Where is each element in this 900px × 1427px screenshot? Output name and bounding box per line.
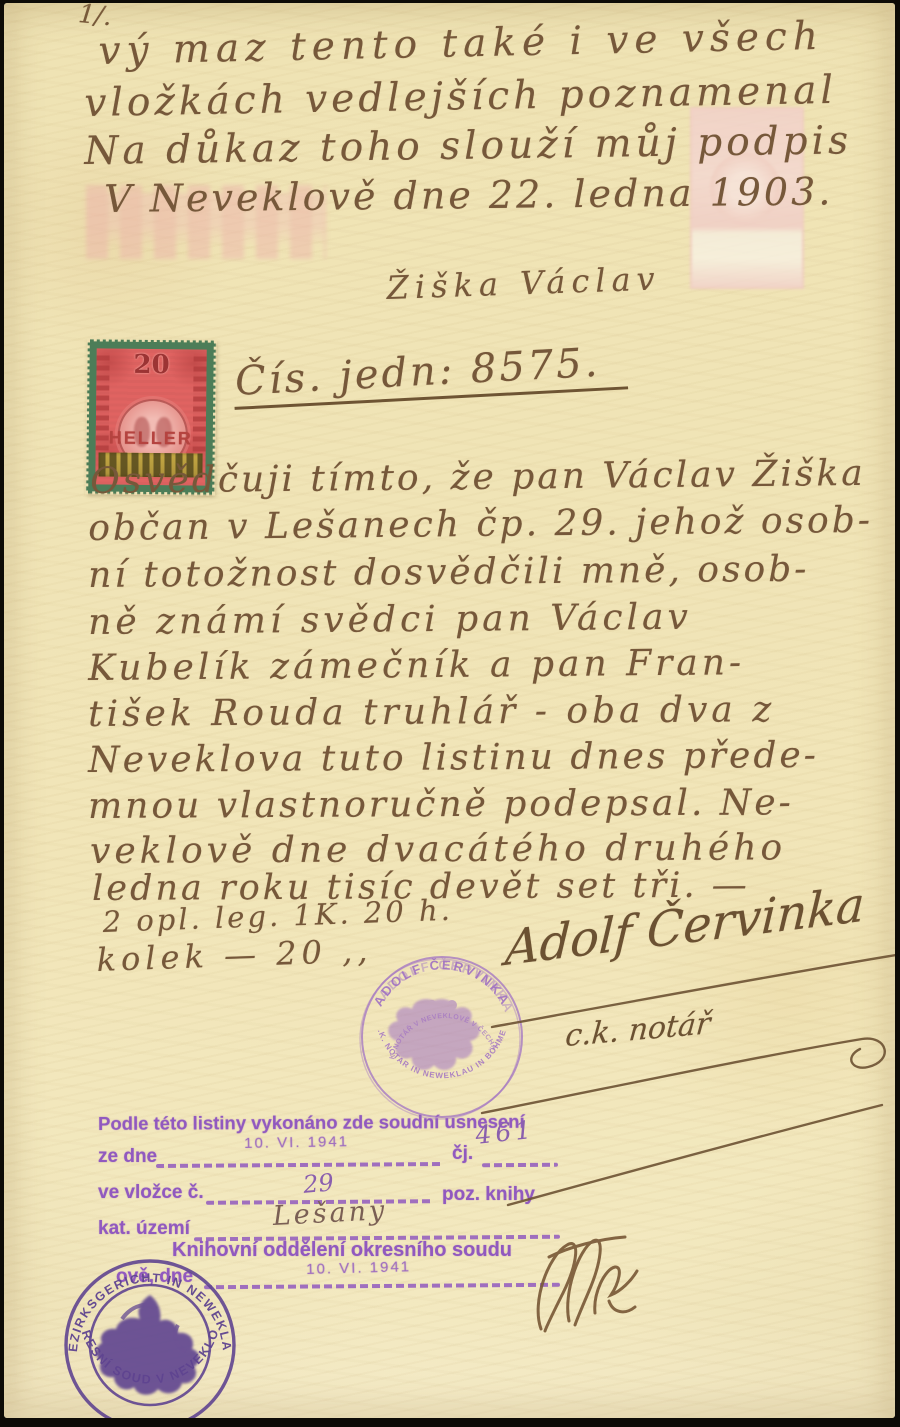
body-line: Neveklova tuto listinu dnes přede- — [88, 735, 819, 781]
date-stamp-2: 10. VI. 1941 — [306, 1258, 411, 1278]
document-paper: 1/. vý maz tento také i ve všech vložkác… — [4, 3, 895, 1418]
kat-uzemi-label: kat. území — [98, 1218, 190, 1240]
body-line: mnou vlastnoručně podepsal. Ne- — [88, 782, 794, 827]
handwriting-line: vý maz tento také i ve všech — [98, 14, 824, 74]
photo-frame: 1/. vý maz tento také i ve všech vložkác… — [0, 0, 900, 1427]
lion-emblem — [96, 1295, 199, 1395]
handwriting-line: V Neveklově dne 22. ledna 1903. — [104, 169, 834, 221]
vlozka-value-handwritten: 29 — [302, 1168, 335, 1199]
clerk-paraph-signature — [529, 1221, 679, 1351]
body-line: Osvědčuji tímto, že pan Václav Žiška — [90, 453, 866, 502]
stamp-value: 20 — [96, 349, 206, 380]
date-stamp: 10. VI. 1941 — [244, 1133, 349, 1152]
body-line: Kubelík zámečník a pan Fran- — [88, 642, 745, 689]
court-seal: BEZIRKSGERICHT IN NEWEKLAU OKRESNÍ SOUD … — [60, 1255, 240, 1418]
stamp-fee-line: kolek — 20 ,, — [96, 931, 373, 979]
stamp-currency: HELLER — [96, 427, 206, 449]
body-line: ně známí svědci pan Václav — [88, 597, 692, 643]
stamp-rule-line — [204, 1283, 560, 1289]
kat-uzemi-value-handwritten: Lešany — [272, 1195, 388, 1232]
reference-number: Čís. jedn: 8575. — [232, 338, 628, 410]
ze-dne-label: ze dne — [98, 1146, 157, 1168]
stamp-rule-line — [156, 1162, 444, 1168]
body-line: tišek Rouda truhlář - oba dva z — [88, 689, 775, 735]
vlozka-label: ve vložce č. — [98, 1182, 204, 1204]
party-name: Žiška Václav — [386, 259, 661, 307]
body-line: ní totožnost dosvědčili mně, osob- — [88, 549, 810, 596]
body-line: občan v Lešanech čp. 29. jehož osob- — [88, 500, 873, 549]
